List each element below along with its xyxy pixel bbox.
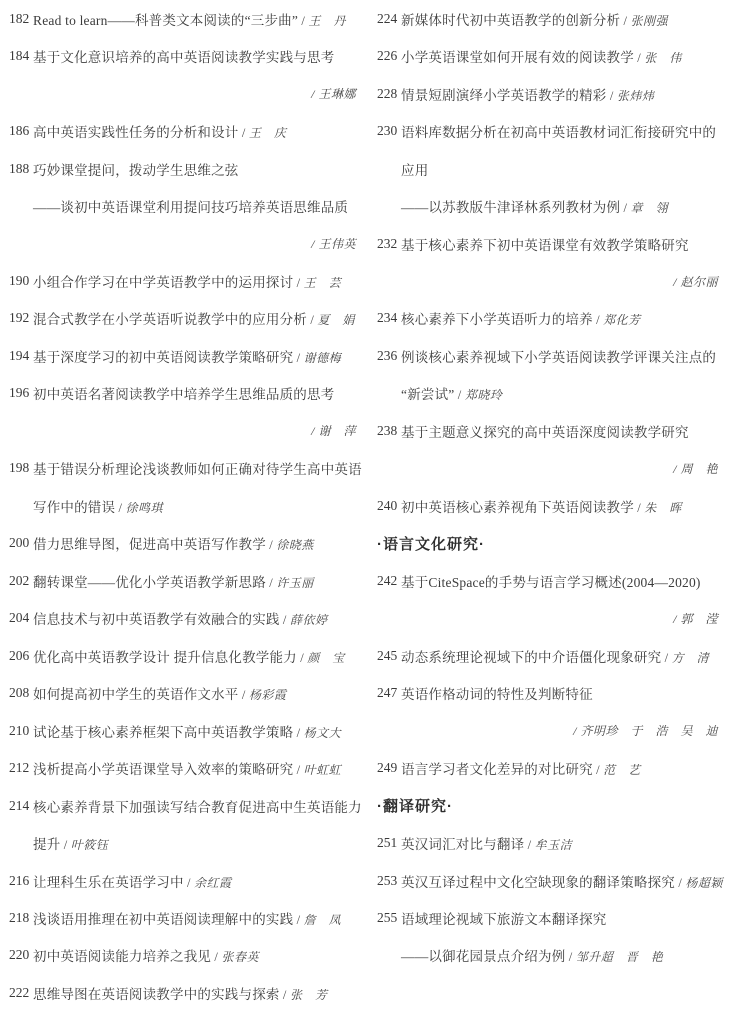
entry-title: 借力思维导图，促进高中英语写作教学 / 徐晓燕 <box>33 533 314 553</box>
entry-author: 张春英 <box>221 950 259 964</box>
entry-title: 初中英语阅读能力培养之我见 / 张春英 <box>33 945 259 965</box>
entry-title: 动态系统理论视域下的中介语僵化现象研究 / 方 清 <box>401 646 709 666</box>
toc-entry: 226小学英语课堂如何开展有效的阅读教学 / 张 伟 <box>377 37 718 74</box>
author-line: / 谢 萍 <box>9 412 356 449</box>
author-separator: / <box>280 988 290 1002</box>
author-separator: / <box>293 763 303 777</box>
entry-title: 例谈核心素养视域下小学英语阅读教学评课关注点的 <box>401 346 716 366</box>
entry-title: 语域理论视域下旅游文本翻译探究 <box>401 908 607 928</box>
toc-entry: 184基于文化意识培养的高中英语阅读教学实践与思考 <box>9 37 356 74</box>
toc-entry: 228情景短剧演绎小学英语教学的精彩 / 张炜炜 <box>377 75 718 112</box>
entry-title: 核心素养下小学英语听力的培养 / 郑化芳 <box>401 308 641 328</box>
entry-title: 信息技术与初中英语教学有效融合的实践 / 薛依婷 <box>33 608 327 628</box>
entry-title: 如何提高初中学生的英语作文水平 / 杨彩霞 <box>33 683 286 703</box>
page-number: 245 <box>377 648 401 664</box>
entry-title: 小学英语课堂如何开展有效的阅读教学 / 张 伟 <box>401 46 682 66</box>
entry-title: 高中英语实践性任务的分析和设计 / 王 庆 <box>33 121 286 141</box>
author-separator: / <box>307 313 317 327</box>
author-separator: / <box>297 651 307 665</box>
page-number: 190 <box>9 273 33 289</box>
author-separator: / <box>115 501 125 515</box>
toc-entry: 218浅谈语用推理在初中英语阅读理解中的实践 / 詹 凤 <box>9 899 356 936</box>
page-number: 234 <box>377 310 401 326</box>
entry-author: 王 芸 <box>304 276 342 290</box>
author-line: / 王伟英 <box>9 225 356 262</box>
toc-column-right: 224新媒体时代初中英语教学的创新分析 / 张刚强226小学英语课堂如何开展有效… <box>370 0 740 1012</box>
author-separator: / <box>634 501 644 515</box>
author-separator: / <box>211 950 221 964</box>
entry-title: 思维导图在英语阅读教学中的实践与探索 / 张 芳 <box>33 983 327 1003</box>
page-number: 210 <box>9 723 33 739</box>
entry-title: 基于错误分析理论浅谈教师如何正确对待学生高中英语 <box>33 458 362 478</box>
author-separator: / <box>266 576 276 590</box>
author-separator: / <box>293 726 303 740</box>
entry-title: 试论基于核心素养框架下高中英语教学策略 / 杨文大 <box>33 721 341 741</box>
toc-entry: 200借力思维导图，促进高中英语写作教学 / 徐晓燕 <box>9 525 356 562</box>
toc-entry: 182Read to learn——科普类文本阅读的“三步曲” / 王 丹 <box>9 0 356 37</box>
toc-entry-continuation: 应用 <box>377 150 718 187</box>
entry-author: 颜 宝 <box>307 651 345 665</box>
toc-entry-continuation: “新尝试” / 郑晓玲 <box>377 375 718 412</box>
entry-author: 许玉丽 <box>276 576 314 590</box>
toc-entry: 194基于深度学习的初中英语阅读教学策略研究 / 谢德梅 <box>9 337 356 374</box>
section-heading: ·语言文化研究· <box>377 525 718 562</box>
page-number: 186 <box>9 123 33 139</box>
page-number: 238 <box>377 423 401 439</box>
toc-entry-continuation: 提升 / 叶筱钰 <box>9 824 356 861</box>
toc-entry-continuation: ——以苏教版牛津译林系列教材为例 / 章 翎 <box>377 187 718 224</box>
continuation-text: ——以苏教版牛津译林系列教材为例 / 章 翎 <box>401 196 668 216</box>
section-heading-text: ·翻译研究· <box>377 795 453 816</box>
toc-entry: 212浅析提高小学英语课堂导入效率的策略研究 / 叶虹虹 <box>9 749 356 786</box>
entry-title: 优化高中英语教学设计 提升信息化教学能力 / 颜 宝 <box>33 646 345 666</box>
author-line: / 齐明珍 于 浩 吴 迪 <box>377 712 718 749</box>
page-number: 247 <box>377 685 401 701</box>
author-separator: / <box>184 876 194 890</box>
toc-column-left: 182Read to learn——科普类文本阅读的“三步曲” / 王 丹184… <box>0 0 370 1012</box>
author-separator: / <box>293 913 303 927</box>
toc-entry: 253英汉互译过程中文化空缺现象的翻译策略探究 / 杨超颖 <box>377 862 718 899</box>
page-number: 208 <box>9 685 33 701</box>
entry-author: 徐鸣琪 <box>126 501 164 515</box>
toc-entry: 251英汉词汇对比与翻译 / 牟玉洁 <box>377 824 718 861</box>
author-separator: / <box>620 201 630 215</box>
author-separator: / <box>454 388 464 402</box>
toc-entry: 234核心素养下小学英语听力的培养 / 郑化芳 <box>377 300 718 337</box>
author-line: / 王琳娜 <box>9 75 356 112</box>
toc-page: 182Read to learn——科普类文本阅读的“三步曲” / 王 丹184… <box>0 0 740 1012</box>
entry-author: 张 芳 <box>290 988 328 1002</box>
author-separator: / <box>293 276 303 290</box>
entry-author: / 王琳娜 <box>311 85 356 102</box>
entry-title: 翻转课堂——优化小学英语教学新思路 / 许玉丽 <box>33 571 314 591</box>
toc-entry: 255语域理论视域下旅游文本翻译探究 <box>377 899 718 936</box>
author-line: / 赵尔丽 <box>377 262 718 299</box>
toc-entry: 236例谈核心素养视域下小学英语阅读教学评课关注点的 <box>377 337 718 374</box>
page-number: 228 <box>377 86 401 102</box>
toc-entry: 186高中英语实践性任务的分析和设计 / 王 庆 <box>9 112 356 149</box>
entry-author: 邹升超 晋 艳 <box>576 950 664 964</box>
entry-title: 巧妙课堂提问，拨动学生思维之弦 <box>33 159 239 179</box>
entry-author: / 赵尔丽 <box>673 273 718 290</box>
toc-entry: 220初中英语阅读能力培养之我见 / 张春英 <box>9 937 356 974</box>
entry-title: 浅析提高小学英语课堂导入效率的策略研究 / 叶虹虹 <box>33 758 341 778</box>
toc-entry: 214核心素养背景下加强读写结合教育促进高中生英语能力 <box>9 787 356 824</box>
page-number: 220 <box>9 947 33 963</box>
toc-entry: 247英语作格动词的特性及判断特征 <box>377 674 718 711</box>
entry-author: 杨超颖 <box>685 876 723 890</box>
author-separator: / <box>60 838 70 852</box>
entry-title: 基于文化意识培养的高中英语阅读教学实践与思考 <box>33 46 334 66</box>
toc-entry-continuation: 写作中的错误 / 徐鸣琪 <box>9 487 356 524</box>
toc-entry: 202翻转课堂——优化小学英语教学新思路 / 许玉丽 <box>9 562 356 599</box>
page-number: 230 <box>377 123 401 139</box>
author-separator: / <box>593 313 603 327</box>
toc-entry: 238基于主题意义探究的高中英语深度阅读教学研究 <box>377 412 718 449</box>
page-number: 198 <box>9 460 33 476</box>
page-number: 236 <box>377 348 401 364</box>
entry-author: / 周 艳 <box>673 460 718 477</box>
entry-author: / 郭 滢 <box>673 610 718 627</box>
entry-title: 浅谈语用推理在初中英语阅读理解中的实践 / 詹 凤 <box>33 908 341 928</box>
author-separator: / <box>620 14 630 28</box>
entry-author: 詹 凤 <box>304 913 342 927</box>
page-number: 253 <box>377 873 401 889</box>
page-number: 206 <box>9 648 33 664</box>
page-number: 232 <box>377 236 401 252</box>
author-line: / 郭 滢 <box>377 600 718 637</box>
entry-author: 方 清 <box>672 651 710 665</box>
author-line: / 周 艳 <box>377 450 718 487</box>
page-number: 251 <box>377 835 401 851</box>
page-number: 192 <box>9 310 33 326</box>
entry-title: 初中英语名著阅读教学中培养学生思维品质的思考 <box>33 383 334 403</box>
entry-author: 张炜炜 <box>617 89 655 103</box>
entry-title: 让理科生乐在英语学习中 / 余红霞 <box>33 871 232 891</box>
toc-entry: 245动态系统理论视域下的中介语僵化现象研究 / 方 清 <box>377 637 718 674</box>
continuation-text: ——谈初中英语课堂利用提问技巧培养英语思维品质 <box>33 196 348 216</box>
toc-entry: 206优化高中英语教学设计 提升信息化教学能力 / 颜 宝 <box>9 637 356 674</box>
entry-title: 情景短剧演绎小学英语教学的精彩 / 张炜炜 <box>401 84 654 104</box>
entry-title: 英汉词汇对比与翻译 / 牟玉洁 <box>401 833 572 853</box>
entry-title: 基于主题意义探究的高中英语深度阅读教学研究 <box>401 421 689 441</box>
author-separator: / <box>565 950 575 964</box>
continuation-text: 应用 <box>401 159 428 179</box>
page-number: 196 <box>9 385 33 401</box>
author-separator: / <box>298 14 308 28</box>
entry-author: 杨彩霞 <box>249 688 287 702</box>
toc-entry-continuation: ——谈初中英语课堂利用提问技巧培养英语思维品质 <box>9 187 356 224</box>
entry-author: / 谢 萍 <box>311 422 356 439</box>
section-heading: ·翻译研究· <box>377 787 718 824</box>
continuation-text: ——以御花园景点介绍为例 / 邹升超 晋 艳 <box>401 945 663 965</box>
entry-author: 朱 晖 <box>644 501 682 515</box>
entry-author: / 齐明珍 于 浩 吴 迪 <box>573 722 718 739</box>
author-separator: / <box>524 838 534 852</box>
entry-author: 余红霞 <box>194 876 232 890</box>
page-number: 240 <box>377 498 401 514</box>
continuation-text: “新尝试” / 郑晓玲 <box>401 383 502 403</box>
entry-title: 语料库数据分析在初高中英语教材词汇衔接研究中的 <box>401 121 716 141</box>
page-number: 204 <box>9 610 33 626</box>
toc-entry-continuation: ——以御花园景点介绍为例 / 邹升超 晋 艳 <box>377 937 718 974</box>
author-separator: / <box>593 763 603 777</box>
entry-title: Read to learn——科普类文本阅读的“三步曲” / 王 丹 <box>33 9 346 29</box>
author-separator: / <box>293 351 303 365</box>
toc-entry: 242基于CiteSpace的手势与语言学习概述(2004—2020) <box>377 562 718 599</box>
page-number: 200 <box>9 535 33 551</box>
toc-entry: 210试论基于核心素养框架下高中英语教学策略 / 杨文大 <box>9 712 356 749</box>
entry-author: 谢德梅 <box>304 351 342 365</box>
entry-author: 杨文大 <box>304 726 342 740</box>
toc-entry: 216让理科生乐在英语学习中 / 余红霞 <box>9 862 356 899</box>
entry-author: 范 艺 <box>603 763 641 777</box>
page-number: 226 <box>377 48 401 64</box>
page-number: 182 <box>9 11 33 27</box>
page-number: 224 <box>377 11 401 27</box>
entry-author: 王 庆 <box>249 126 287 140</box>
page-number: 255 <box>377 910 401 926</box>
toc-entry: 240初中英语核心素养视角下英语阅读教学 / 朱 晖 <box>377 487 718 524</box>
toc-entry: 188巧妙课堂提问，拨动学生思维之弦 <box>9 150 356 187</box>
author-separator: / <box>634 51 644 65</box>
toc-entry: 196初中英语名著阅读教学中培养学生思维品质的思考 <box>9 375 356 412</box>
entry-author: 章 翎 <box>631 201 669 215</box>
entry-title: 小组合作学习在中学英语教学中的运用探讨 / 王 芸 <box>33 271 341 291</box>
author-separator: / <box>239 688 249 702</box>
entry-author: 夏 娟 <box>317 313 355 327</box>
toc-entry: 190小组合作学习在中学英语教学中的运用探讨 / 王 芸 <box>9 262 356 299</box>
toc-entry: 222思维导图在英语阅读教学中的实践与探索 / 张 芳 <box>9 974 356 1011</box>
entry-author: 牟玉洁 <box>535 838 573 852</box>
toc-entry: 198基于错误分析理论浅谈教师如何正确对待学生高中英语 <box>9 450 356 487</box>
entry-title: 英汉互译过程中文化空缺现象的翻译策略探究 / 杨超颖 <box>401 871 723 891</box>
entry-author: 张刚强 <box>631 14 669 28</box>
entry-title: 基于CiteSpace的手势与语言学习概述(2004—2020) <box>401 571 701 591</box>
entry-author: 郑晓玲 <box>465 388 503 402</box>
entry-title: 英语作格动词的特性及判断特征 <box>401 683 593 703</box>
toc-entry: 224新媒体时代初中英语教学的创新分析 / 张刚强 <box>377 0 718 37</box>
continuation-text: 提升 / 叶筱钰 <box>33 833 108 853</box>
entry-author: 叶筱钰 <box>71 838 109 852</box>
entry-title: 新媒体时代初中英语教学的创新分析 / 张刚强 <box>401 9 668 29</box>
page-number: 202 <box>9 573 33 589</box>
entry-author: / 王伟英 <box>311 235 356 252</box>
entry-title: 语言学习者文化差异的对比研究 / 范 艺 <box>401 758 641 778</box>
entry-author: 郑化芳 <box>603 313 641 327</box>
page-number: 218 <box>9 910 33 926</box>
author-separator: / <box>280 613 290 627</box>
entry-author: 叶虹虹 <box>304 763 342 777</box>
author-separator: / <box>239 126 249 140</box>
page-number: 212 <box>9 760 33 776</box>
toc-entry: 230语料库数据分析在初高中英语教材词汇衔接研究中的 <box>377 112 718 149</box>
page-number: 216 <box>9 873 33 889</box>
entry-author: 徐晓燕 <box>276 538 314 552</box>
entry-author: 张 伟 <box>644 51 682 65</box>
toc-entry: 208如何提高初中学生的英语作文水平 / 杨彩霞 <box>9 674 356 711</box>
page-number: 184 <box>9 48 33 64</box>
page-number: 194 <box>9 348 33 364</box>
entry-author: 王 丹 <box>308 14 346 28</box>
page-number: 214 <box>9 798 33 814</box>
section-heading-text: ·语言文化研究· <box>377 533 485 554</box>
page-number: 242 <box>377 573 401 589</box>
entry-title: 基于深度学习的初中英语阅读教学策略研究 / 谢德梅 <box>33 346 341 366</box>
page-number: 249 <box>377 760 401 776</box>
page-number: 222 <box>9 985 33 1001</box>
toc-entry: 249语言学习者文化差异的对比研究 / 范 艺 <box>377 749 718 786</box>
entry-title: 核心素养背景下加强读写结合教育促进高中生英语能力 <box>33 796 362 816</box>
author-separator: / <box>675 876 685 890</box>
toc-entry: 204信息技术与初中英语教学有效融合的实践 / 薛依婷 <box>9 600 356 637</box>
continuation-text: 写作中的错误 / 徐鸣琪 <box>33 496 163 516</box>
entry-author: 薛依婷 <box>290 613 328 627</box>
toc-entry: 192混合式教学在小学英语听说教学中的应用分析 / 夏 娟 <box>9 300 356 337</box>
author-separator: / <box>661 651 671 665</box>
entry-title: 混合式教学在小学英语听说教学中的应用分析 / 夏 娟 <box>33 308 355 328</box>
toc-entry: 232基于核心素养下初中英语课堂有效教学策略研究 <box>377 225 718 262</box>
entry-title: 基于核心素养下初中英语课堂有效教学策略研究 <box>401 234 689 254</box>
entry-title: 初中英语核心素养视角下英语阅读教学 / 朱 晖 <box>401 496 682 516</box>
author-separator: / <box>607 89 617 103</box>
page-number: 188 <box>9 161 33 177</box>
author-separator: / <box>266 538 276 552</box>
